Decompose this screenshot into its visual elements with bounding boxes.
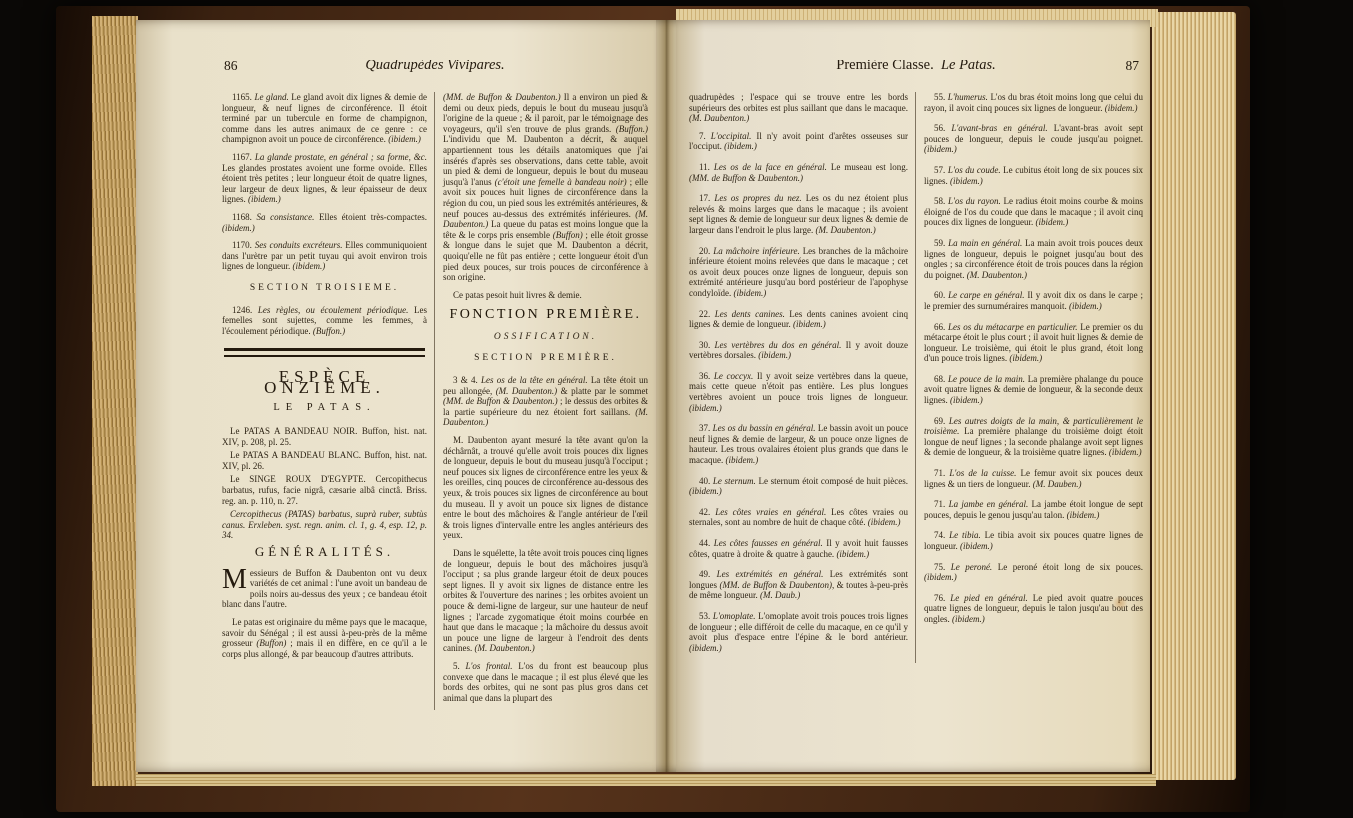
catalog-entry: 74. Le tibia. Le tibia avoit six pouces …	[924, 530, 1143, 551]
running-head-left: 86 Quadrupèdes Vivipares.	[222, 60, 648, 84]
running-title: Première Classe. Le Patas.	[689, 60, 1143, 71]
book: 86 Quadrupèdes Vivipares. 1165. Le gland…	[56, 6, 1250, 812]
bibliographic-reference: Le PATAS A BANDEAU BLANC. Buffon, hist. …	[222, 450, 427, 471]
catalog-entry: 49. Les extrémités en général. Les extré…	[689, 569, 908, 601]
page-right-textblock: Première Classe. Le Patas. 87 quadrupède…	[689, 60, 1143, 768]
catalog-entry: 75. Le peroné. Le peroné étoit long de s…	[924, 562, 1143, 583]
book-photo-scene: 86 Quadrupèdes Vivipares. 1165. Le gland…	[0, 0, 1353, 818]
catalog-entry: 53. L'omoplate. L'omoplate avoit trois p…	[689, 611, 908, 653]
paper-stain	[1112, 596, 1128, 610]
catalog-entry: 3 & 4. Les os de la tête en général. La …	[443, 375, 648, 428]
catalog-entry: 71. L'os de la cuisse. Le femur avoit si…	[924, 468, 1143, 489]
catalog-entry: 36. Le coccyx. Il y avoit seize vertèbre…	[689, 371, 908, 413]
continuation-paragraph: quadrupèdes ; l'espace qui se trouve ent…	[689, 92, 908, 124]
page-left-86: 86 Quadrupèdes Vivipares. 1165. Le gland…	[136, 20, 656, 772]
generalites-heading: GÉNÉRALITÉS.	[222, 547, 427, 558]
page-edge-stack-right	[1152, 12, 1236, 780]
column: 1165. Le gland. Le gland avoit dix ligne…	[222, 92, 434, 710]
catalog-entry: 66. Les os du métacarpe en particulier. …	[924, 322, 1143, 364]
columns-right-page: quadrupèdes ; l'espace qui se trouve ent…	[689, 92, 1143, 663]
catalog-entry: 56. L'avant-bras en général. L'avant-bra…	[924, 123, 1143, 155]
bibliographic-reference: Cercopithecus (PATAS) barbatus, suprà ru…	[222, 509, 427, 541]
catalog-entry: 1167. La glande prostate, en général ; s…	[222, 152, 427, 205]
catalog-entry: 57. L'os du coude. Le cubitus étoit long…	[924, 165, 1143, 186]
page-right-87: Première Classe. Le Patas. 87 quadrupède…	[676, 20, 1150, 772]
book-gutter	[656, 20, 676, 772]
catalog-entry: 5. L'os frontal. L'os du front est beauc…	[443, 661, 648, 703]
column: 55. L'humerus. L'os du bras étoit moins …	[915, 92, 1143, 663]
catalog-entry: 30. Les vertèbres du dos en général. Il …	[689, 340, 908, 361]
catalog-entry: 7. L'occipital. Il n'y avoit point d'arê…	[689, 131, 908, 152]
catalog-entry: 58. L'os du rayon. Le radius étoit moins…	[924, 196, 1143, 228]
catalog-entry: 37. Les os du bassin en général. Le bass…	[689, 423, 908, 465]
running-title: Quadrupèdes Vivipares.	[222, 60, 648, 71]
catalog-entry: 68. Le pouce de la main. La première pha…	[924, 374, 1143, 406]
paragraph: M. Daubenton ayant mesuré la tête avant …	[443, 435, 648, 541]
dropcap-paragraph: Messieurs de Buffon & Daubenton ont vu d…	[222, 568, 427, 610]
ossification-heading: OSSIFICATION.	[443, 332, 648, 343]
catalog-entry: 59. La main en général. La main avoit tr…	[924, 238, 1143, 280]
catalog-entry: 22. Les dents canines. Les dents canines…	[689, 309, 908, 330]
catalog-entry: 1165. Le gland. Le gland avoit dix ligne…	[222, 92, 427, 145]
paragraph: Dans le squélette, la tête avoit trois p…	[443, 548, 648, 654]
columns-left-page: 1165. Le gland. Le gland avoit dix ligne…	[222, 92, 648, 710]
species-name: LE PATAS.	[222, 403, 427, 414]
catalog-entry: 55. L'humerus. L'os du bras étoit moins …	[924, 92, 1143, 113]
catalog-entry: 69. Les autres doigts de la main, & part…	[924, 416, 1143, 458]
bibliographic-reference: Le PATAS A BANDEAU NOIR. Buffon, hist. n…	[222, 426, 427, 447]
fonction-heading: FONCTION PREMIÈRE.	[443, 310, 648, 321]
page-number: 87	[1126, 61, 1140, 72]
bibliographic-reference: Le SINGE ROUX D'EGYPTE. Cercopithecus ba…	[222, 474, 427, 506]
section-heading: SECTION TROISIEME.	[222, 283, 427, 294]
page-edge-stack-left	[92, 16, 138, 786]
page-edge-stack-bottom	[136, 774, 1156, 786]
catalog-entry: 60. Le carpe en général. Il y avoit dix …	[924, 290, 1143, 311]
paragraph: Ce patas pesoit huit livres & demie.	[443, 290, 648, 301]
page-left-textblock: 86 Quadrupèdes Vivipares. 1165. Le gland…	[222, 60, 648, 768]
catalog-entry: 17. Les os propres du nez. Les os du nez…	[689, 193, 908, 235]
paragraph: Le patas est originaire du même pays que…	[222, 617, 427, 659]
catalog-entry: 42. Les côtes vraies en général. Les côt…	[689, 507, 908, 528]
catalog-entry: 71. La jambe en général. La jambe étoit …	[924, 499, 1143, 520]
column: (MM. de Buffon & Daubenton.) Il a enviro…	[434, 92, 648, 710]
open-spread: 86 Quadrupèdes Vivipares. 1165. Le gland…	[136, 20, 1150, 772]
running-head-right: Première Classe. Le Patas. 87	[689, 60, 1143, 84]
section-heading: SECTION PREMIÈRE.	[443, 353, 648, 364]
catalog-entry: 1170. Ses conduits excréteurs. Elles com…	[222, 240, 427, 272]
column: quadrupèdes ; l'espace qui se trouve ent…	[689, 92, 915, 663]
catalog-entry: 40. Le sternum. Le sternum étoit composé…	[689, 476, 908, 497]
catalog-entry: 1246. Les règles, ou écoulement périodiq…	[222, 305, 427, 337]
continuation-paragraph: (MM. de Buffon & Daubenton.) Il a enviro…	[443, 92, 648, 283]
species-heading: ESPÈCE ONZIÈME.	[222, 372, 427, 393]
catalog-entry: 11. Les os de la face en général. Le mus…	[689, 162, 908, 183]
catalog-entry: 44. Les côtes fausses en général. Il y a…	[689, 538, 908, 559]
catalog-entry: 76. Le pied en général. Le pied avoit qu…	[924, 593, 1143, 625]
page-number: 86	[224, 61, 238, 72]
section-divider-rule	[224, 348, 425, 357]
catalog-entry: 1168. Sa consistance. Elles étoient très…	[222, 212, 427, 233]
catalog-entry: 20. La mâchoire inférieure. Les branches…	[689, 246, 908, 299]
